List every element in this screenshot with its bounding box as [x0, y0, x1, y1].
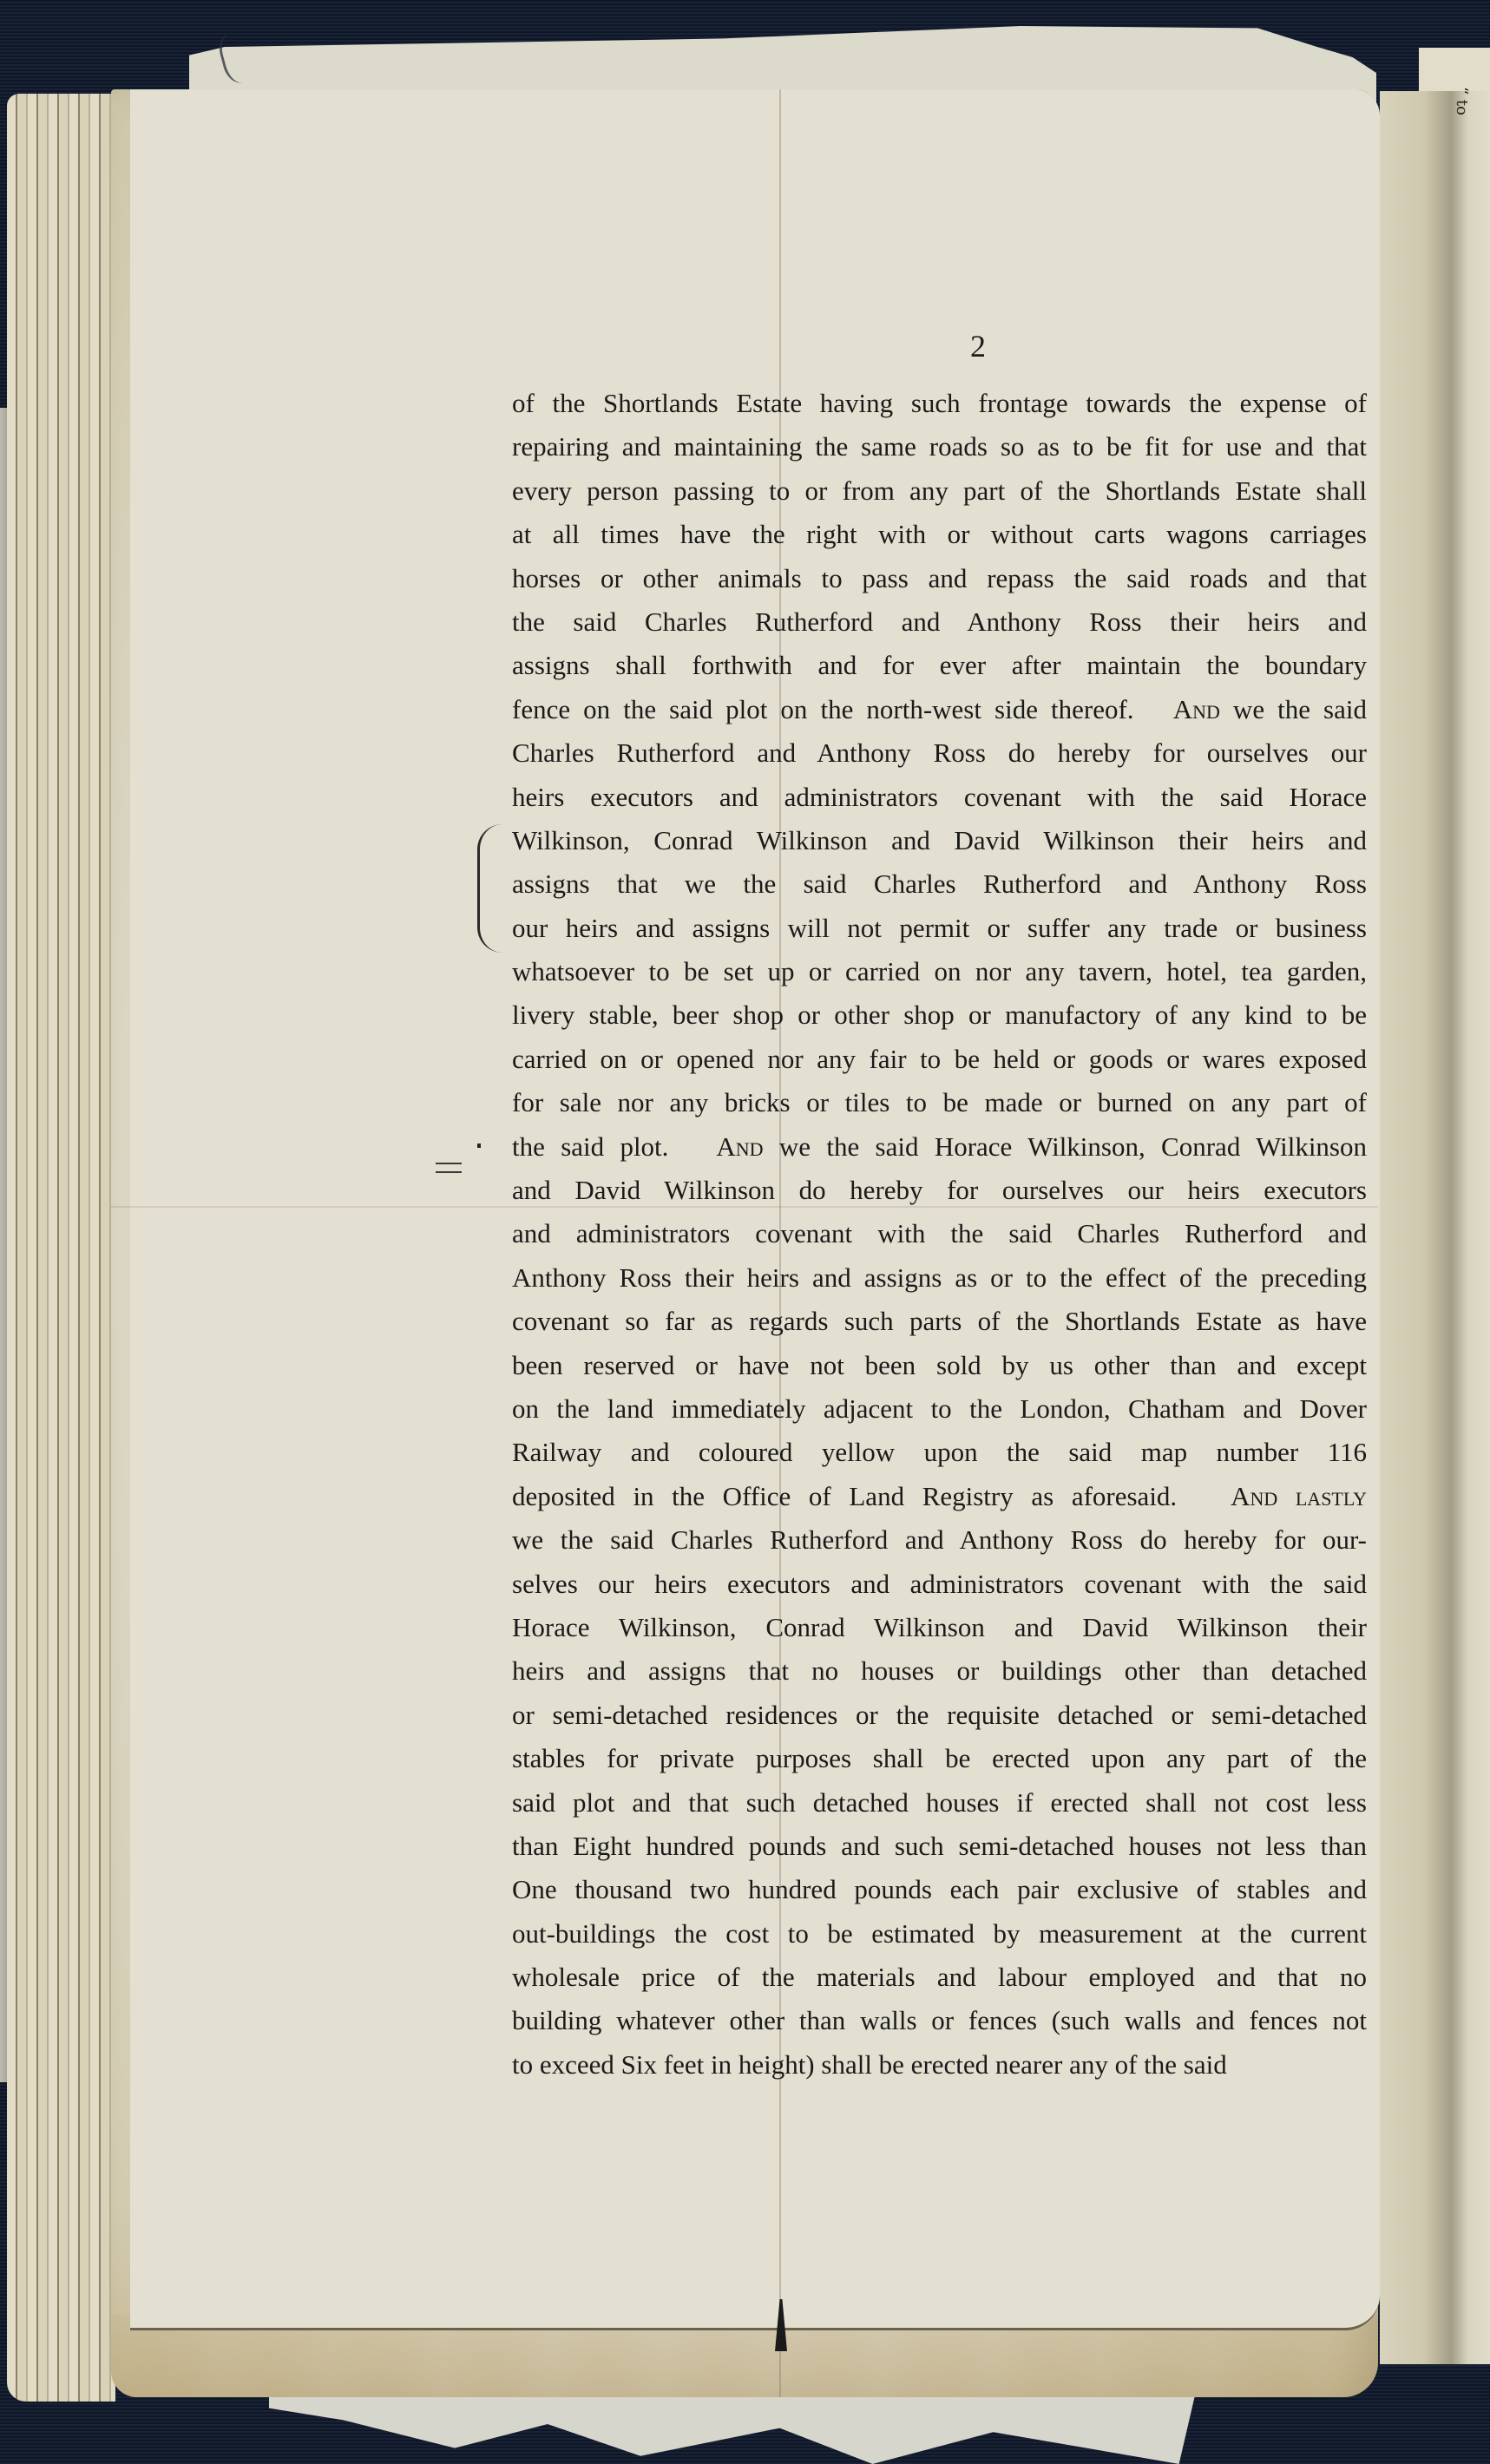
- text-line: and administrators covenant with the sai…: [512, 1212, 1367, 1255]
- text-line: or semi-detached residences or the requi…: [512, 1694, 1367, 1737]
- pencil-bracket-mark: [477, 824, 502, 953]
- clause-smallcaps: And: [1173, 694, 1220, 724]
- pencil-dot-mark: [477, 1144, 481, 1148]
- text-line: livery stable, beer shop or other shop o…: [512, 993, 1367, 1037]
- pencil-dash-mark: [436, 1171, 462, 1173]
- deed-body-text: of the Shortlands Estate having such fro…: [512, 382, 1367, 2087]
- text-line: for sale nor any bricks or tiles to be m…: [512, 1081, 1367, 1124]
- text-line: and David Wilkinson do hereby for oursel…: [512, 1169, 1367, 1212]
- text-line: wholesale price of the materials and lab…: [512, 1956, 1367, 1999]
- text-line: carried on or opened nor any fair to be …: [512, 1038, 1367, 1081]
- clause-smallcaps: And lastly: [1231, 1481, 1367, 1511]
- text-line: to exceed Six feet in height) shall be e…: [512, 2043, 1367, 2087]
- text-line: whatsoever to be set up or carried on no…: [512, 950, 1367, 993]
- text-line: assigns that we the said Charles Rutherf…: [512, 862, 1367, 906]
- text-line: repairing and maintaining the same roads…: [512, 425, 1367, 469]
- text-line-with-clause: the said plot. And we the said Horace Wi…: [512, 1125, 1367, 1169]
- text-line: assigns shall forthwith and for ever aft…: [512, 644, 1367, 687]
- clause-smallcaps: And: [716, 1131, 763, 1162]
- text-line: Horace Wilkinson, Conrad Wilkinson and D…: [512, 1606, 1367, 1649]
- text-line-with-clause: fence on the said plot on the north-west…: [512, 688, 1367, 731]
- text-line: horses or other animals to pass and repa…: [512, 557, 1367, 600]
- text-line: heirs and assigns that no houses or buil…: [512, 1649, 1367, 1693]
- adjacent-page-label: “ to: [1453, 87, 1471, 115]
- text-line: we the said Charles Rutherford and Antho…: [512, 1518, 1367, 1562]
- page-number: 2: [970, 328, 986, 364]
- text-line: at all times have the right with or with…: [512, 513, 1367, 556]
- text-segment: the said plot.: [512, 1131, 668, 1162]
- pencil-dash-mark: [436, 1163, 462, 1164]
- text-segment: fence on the said plot on the north-west…: [512, 694, 1134, 724]
- text-line: Wilkinson, Conrad Wilkinson and David Wi…: [512, 819, 1367, 862]
- text-line: of the Shortlands Estate having such fro…: [512, 382, 1367, 425]
- adjacent-page-edge: [1380, 91, 1490, 2364]
- text-line: Railway and coloured yellow upon the sai…: [512, 1431, 1367, 1474]
- text-line: than Eight hundred pounds and such semi-…: [512, 1825, 1367, 1868]
- text-line: our heirs and assigns will not permit or…: [512, 907, 1367, 950]
- text-line: covenant so far as regards such parts of…: [512, 1300, 1367, 1343]
- text-segment: deposited in the Office of Land Registry…: [512, 1481, 1177, 1511]
- text-line: said plot and that such detached houses …: [512, 1781, 1367, 1825]
- page-stack-edges: [7, 94, 115, 2402]
- text-segment: we the said: [1220, 694, 1367, 724]
- text-line: building whatever other than walls or fe…: [512, 1999, 1367, 2042]
- text-line: out-buildings the cost to be estimated b…: [512, 1912, 1367, 1956]
- text-line: selves our heirs executors and administr…: [512, 1563, 1367, 1606]
- text-line: Charles Rutherford and Anthony Ross do h…: [512, 731, 1367, 775]
- text-line: on the land immediately adjacent to the …: [512, 1387, 1367, 1431]
- text-line: every person passing to or from any part…: [512, 469, 1367, 513]
- text-line: the said Charles Rutherford and Anthony …: [512, 600, 1367, 644]
- text-line: One thousand two hundred pounds each pai…: [512, 1868, 1367, 1911]
- text-line: stables for private purposes shall be er…: [512, 1737, 1367, 1780]
- text-segment: we the said Horace Wilkinson, Conrad Wil…: [764, 1131, 1367, 1162]
- text-line: Anthony Ross their heirs and assigns as …: [512, 1256, 1367, 1300]
- text-line: been reserved or have not been sold by u…: [512, 1344, 1367, 1387]
- text-line-with-clause: deposited in the Office of Land Registry…: [512, 1475, 1367, 1518]
- text-line: heirs executors and administrators coven…: [512, 776, 1367, 819]
